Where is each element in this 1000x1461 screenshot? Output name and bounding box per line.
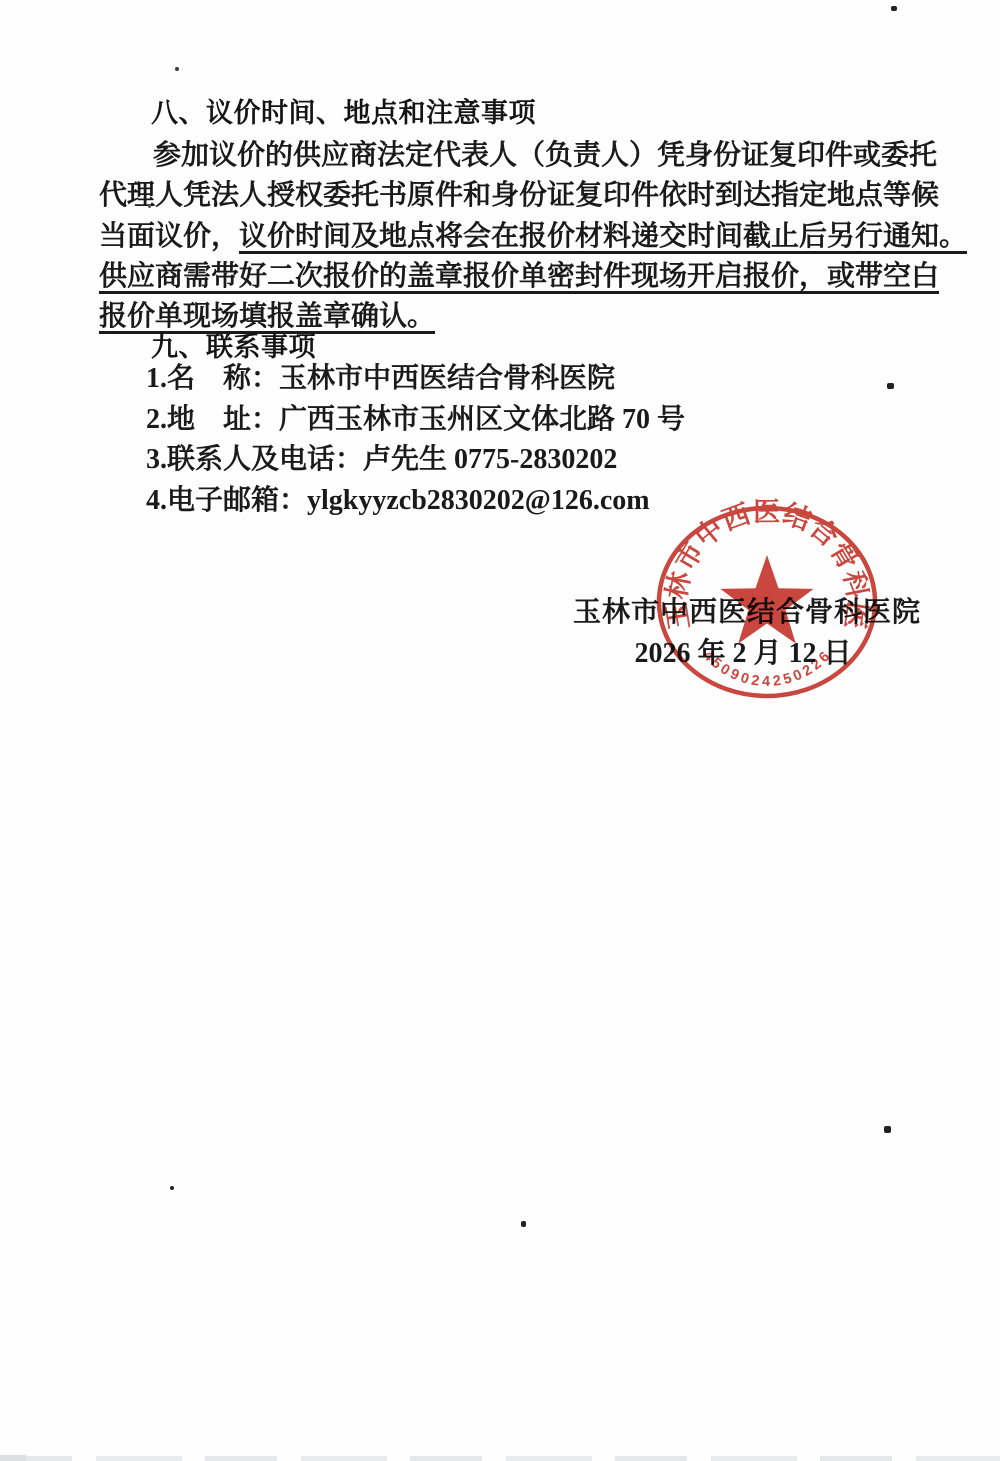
contact-item-email: 4.电子邮箱：ylgkyyzcb2830202@126.com [146, 481, 685, 522]
scan-noise-dot [884, 1126, 891, 1133]
paragraph-underlined-text: 供应商需带好二次报价的盖章报价单密封件现场开启报价，或带空白 [99, 261, 939, 292]
scan-noise-dot [170, 1186, 174, 1190]
contact-item-address: 2.地 址：广西玉林市玉州区文体北路 70 号 [146, 400, 685, 441]
contact-item-name: 1.名 称：玉林市中西医结合骨科医院 [146, 359, 685, 400]
paragraph-text: 参加议价的供应商法定代表人（负责人）凭身份证复印件或委托 [153, 140, 937, 171]
scan-noise-dot [175, 67, 179, 71]
negotiation-notice-paragraph: 参加议价的供应商法定代表人（负责人）凭身份证复印件或委托 代理人凭法人授权委托书… [99, 136, 913, 337]
scan-noise-dot [891, 6, 897, 11]
scan-edge-artifact [0, 1455, 26, 1461]
contact-item-phone: 3.联系人及电话：卢先生 0775-2830202 [146, 440, 685, 481]
svg-text:4509024250226: 4509024250226 [700, 648, 835, 690]
scan-noise-dot [148, 204, 151, 208]
paragraph-line: 代理人凭法人授权委托书原件和身份证复印件依时到达指定地点等候 [99, 176, 913, 216]
scan-noise-dot [521, 1221, 526, 1227]
scan-edge-artifact [0, 1456, 1000, 1461]
contact-list: 1.名 称：玉林市中西医结合骨科医院 2.地 址：广西玉林市玉州区文体北路 70… [146, 359, 685, 521]
paragraph-text: 当面议价， [99, 221, 239, 252]
scan-noise-dot [887, 383, 894, 389]
seal-number: 4509024250226 [700, 648, 835, 690]
section-8-heading: 八、议价时间、地点和注意事项 [151, 91, 536, 130]
paragraph-line: 供应商需带好二次报价的盖章报价单密封件现场开启报价，或带空白 [99, 257, 913, 297]
paragraph-line: 参加议价的供应商法定代表人（负责人）凭身份证复印件或委托 [99, 136, 913, 176]
paragraph-underlined-text: 议价时间及地点将会在报价材料递交时间截止后另行通知。 [239, 221, 967, 252]
paragraph-text: 代理人凭法人授权委托书原件和身份证复印件依时到达指定地点等候 [99, 180, 939, 211]
seal-star-icon [720, 555, 813, 644]
official-seal-stamp: 玉林市中西医结合骨科医院 4509024250226 [651, 497, 879, 707]
paragraph-line: 当面议价，议价时间及地点将会在报价材料递交时间截止后另行通知。 [99, 217, 913, 257]
